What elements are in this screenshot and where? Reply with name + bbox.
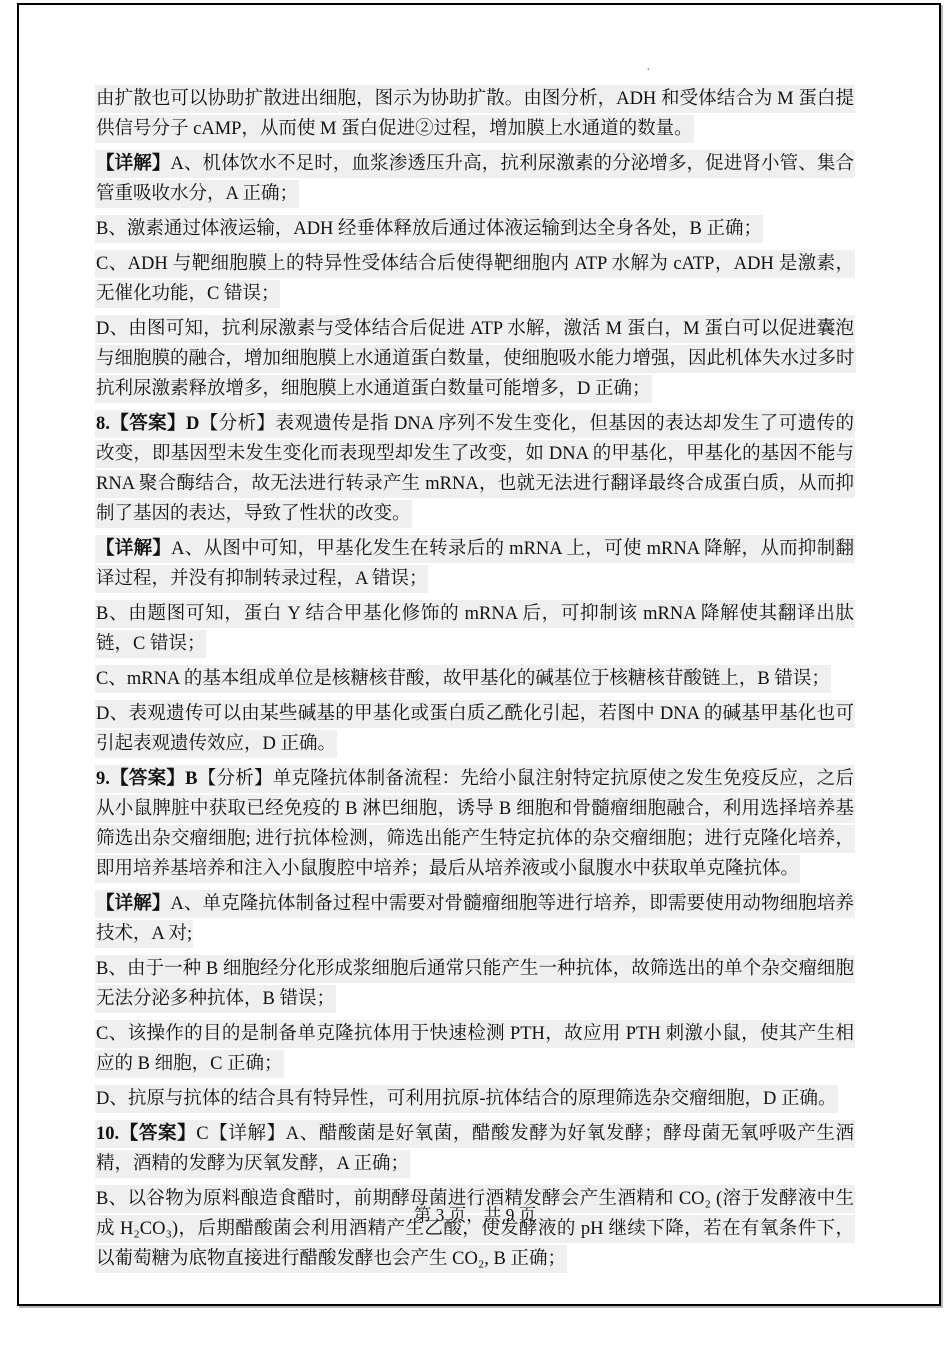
highlighted-text-run: 【详解】A、单克隆抗体制备过程中需要对骨髓瘤细胞等进行培养，即需要使用动物细胞培… xyxy=(95,890,855,948)
highlighted-text-run: 【详解】A、从图中可知，甲基化发生在转录后的 mRNA 上，可使 mRNA 降解… xyxy=(95,535,855,593)
text-run: C、mRNA 的基本组成单位是核糖核苷酸，故甲基化的碱基位于核糖核苷酸链上，B … xyxy=(96,669,830,689)
highlighted-text-run: B、由于一种 B 细胞经分化形成浆细胞后通常只能产生一种抗体，故筛选出的单个杂交… xyxy=(95,955,855,1013)
paragraph: B、由题图可知，蛋白 Y 结合甲基化修饰的 mRNA 后，可抑制该 mRNA 降… xyxy=(95,599,855,659)
text-run: D、表观遗传可以由某些碱基的甲基化或蛋白质乙酰化引起，若图中 DNA 的碱基甲基… xyxy=(96,704,854,754)
paragraph: B、由于一种 B 细胞经分化形成浆细胞后通常只能产生一种抗体，故筛选出的单个杂交… xyxy=(95,954,855,1014)
highlighted-text-run: D、抗原与抗体的结合具有特异性，可利用抗原-抗体结合的原理筛选杂交瘤细胞，D 正… xyxy=(95,1085,838,1113)
text-run: C、ADH 与靶细胞膜上的特异性受体结合后使得靶细胞内 ATP 水解为 cATP… xyxy=(96,254,854,304)
paragraph: 由扩散也可以协助扩散进出细胞，图示为协助扩散。由图分析，ADH 和受体结合为 M… xyxy=(95,84,855,144)
answer-text: 由扩散也可以协助扩散进出细胞，图示为协助扩散。由图分析，ADH 和受体结合为 M… xyxy=(95,84,855,1279)
highlighted-text-run: 8.【答案】D【分析】表观遗传是指 DNA 序列不发生变化，但基因的表达却发生了… xyxy=(95,410,855,528)
highlighted-text-run: B、激素通过体液运输，ADH 经垂体释放后通过体液运输到达全身各处，B 正确； xyxy=(95,215,763,243)
text-run: 【分析】单克隆抗体制备流程：先给小鼠注射特定抗原使之发生免疫反应，之后从小鼠脾脏… xyxy=(96,769,854,879)
text-run: B、由于一种 B 细胞经分化形成浆细胞后通常只能产生一种抗体，故筛选出的单个杂交… xyxy=(96,959,854,1009)
bold-text-run: 【详解】 xyxy=(96,894,170,914)
highlighted-text-run: 【详解】A、机体饮水不足时，血浆渗透压升高，抗利尿激素的分泌增多，促进肾小管、集… xyxy=(95,150,855,208)
highlighted-text-run: D、由图可知，抗利尿激素与受体结合后促进 ATP 水解，激活 M 蛋白，M 蛋白… xyxy=(95,315,856,403)
paragraph: 【详解】A、单克隆抗体制备过程中需要对骨髓瘤细胞等进行培养，即需要使用动物细胞培… xyxy=(95,889,855,949)
highlighted-text-run: B、以谷物为原料酿造食醋时，前期酵母菌进行酒精发酵会产生酒精和 CO₂ (溶于发… xyxy=(95,1185,855,1273)
text-run: 由扩散也可以协助扩散进出细胞，图示为协助扩散。由图分析，ADH 和受体结合为 M… xyxy=(96,89,854,139)
text-run: D、抗原与抗体的结合具有特异性，可利用抗原-抗体结合的原理筛选杂交瘤细胞，D 正… xyxy=(96,1089,837,1109)
stray-dot-mark: · xyxy=(646,64,651,78)
bold-text-run: 10.【答案】 xyxy=(96,1124,196,1144)
paragraph: D、表观遗传可以由某些碱基的甲基化或蛋白质乙酰化引起，若图中 DNA 的碱基甲基… xyxy=(95,699,855,759)
text-run: A、从图中可知，甲基化发生在转录后的 mRNA 上，可使 mRNA 降解，从而抑… xyxy=(96,539,854,589)
text-run: 【分析】表观遗传是指 DNA 序列不发生变化，但基因的表达却发生了可遗传的改变，… xyxy=(96,414,854,524)
paragraph: D、由图可知，抗利尿激素与受体结合后促进 ATP 水解，激活 M 蛋白，M 蛋白… xyxy=(95,314,855,404)
highlighted-text-run: 由扩散也可以协助扩散进出细胞，图示为协助扩散。由图分析，ADH 和受体结合为 M… xyxy=(95,85,855,143)
text-run: A、机体饮水不足时，血浆渗透压升高，抗利尿激素的分泌增多，促进肾小管、集合管重吸… xyxy=(96,154,854,204)
paragraph: B、激素通过体液运输，ADH 经垂体释放后通过体液运输到达全身各处，B 正确； xyxy=(95,214,855,244)
paragraph: C、ADH 与靶细胞膜上的特异性受体结合后使得靶细胞内 ATP 水解为 cATP… xyxy=(95,249,855,309)
text-run: B、由题图可知，蛋白 Y 结合甲基化修饰的 mRNA 后，可抑制该 mRNA 降… xyxy=(96,604,854,654)
highlighted-text-run: 9.【答案】B【分析】单克隆抗体制备流程：先给小鼠注射特定抗原使之发生免疫反应，… xyxy=(95,765,855,883)
highlighted-text-run: 10.【答案】C【详解】A、醋酸菌是好氧菌，醋酸发酵为好氧发酵；酵母菌无氧呼吸产… xyxy=(95,1120,855,1178)
text-run: D、由图可知，抗利尿激素与受体结合后促进 ATP 水解，激活 M 蛋白，M 蛋白… xyxy=(96,319,855,399)
paragraph: 8.【答案】D【分析】表观遗传是指 DNA 序列不发生变化，但基因的表达却发生了… xyxy=(95,409,855,529)
paragraph: C、该操作的目的是制备单克隆抗体用于快速检测 PTH，故应用 PTH 刺激小鼠，… xyxy=(95,1019,855,1079)
text-run: B、以谷物为原料酿造食醋时，前期酵母菌进行酒精发酵会产生酒精和 CO₂ (溶于发… xyxy=(96,1189,854,1269)
highlighted-text-run: C、该操作的目的是制备单克隆抗体用于快速检测 PTH，故应用 PTH 刺激小鼠，… xyxy=(95,1020,855,1078)
paragraph: 10.【答案】C【详解】A、醋酸菌是好氧菌，醋酸发酵为好氧发酵；酵母菌无氧呼吸产… xyxy=(95,1119,855,1179)
page-number-footer: 第 3 页，共 9 页 xyxy=(95,1202,855,1227)
paragraph: D、抗原与抗体的结合具有特异性，可利用抗原-抗体结合的原理筛选杂交瘤细胞，D 正… xyxy=(95,1084,855,1114)
highlighted-text-run: C、ADH 与靶细胞膜上的特异性受体结合后使得靶细胞内 ATP 水解为 cATP… xyxy=(95,250,855,308)
text-run: B、激素通过体液运输，ADH 经垂体释放后通过体液运输到达全身各处，B 正确； xyxy=(96,219,762,239)
bold-text-run: 【详解】 xyxy=(96,539,171,559)
bold-text-run: 【详解】 xyxy=(96,154,170,174)
text-run: C【详解】A、醋酸菌是好氧菌，醋酸发酵为好氧发酵；酵母菌无氧呼吸产生酒精，酒精的… xyxy=(96,1124,854,1174)
paragraph: C、mRNA 的基本组成单位是核糖核苷酸，故甲基化的碱基位于核糖核苷酸链上，B … xyxy=(95,664,855,694)
paragraph: 【详解】A、机体饮水不足时，血浆渗透压升高，抗利尿激素的分泌增多，促进肾小管、集… xyxy=(95,149,855,209)
bold-text-run: 8.【答案】D xyxy=(96,414,199,434)
highlighted-text-run: B、由题图可知，蛋白 Y 结合甲基化修饰的 mRNA 后，可抑制该 mRNA 降… xyxy=(95,600,855,658)
highlighted-text-run: D、表观遗传可以由某些碱基的甲基化或蛋白质乙酰化引起，若图中 DNA 的碱基甲基… xyxy=(95,700,855,758)
paragraph: B、以谷物为原料酿造食醋时，前期酵母菌进行酒精发酵会产生酒精和 CO₂ (溶于发… xyxy=(95,1184,855,1274)
paragraph: 9.【答案】B【分析】单克隆抗体制备流程：先给小鼠注射特定抗原使之发生免疫反应，… xyxy=(95,764,855,884)
paragraph: 【详解】A、从图中可知，甲基化发生在转录后的 mRNA 上，可使 mRNA 降解… xyxy=(95,534,855,594)
highlighted-text-run: C、mRNA 的基本组成单位是核糖核苷酸，故甲基化的碱基位于核糖核苷酸链上，B … xyxy=(95,665,831,693)
text-run: A、单克隆抗体制备过程中需要对骨髓瘤细胞等进行培养，即需要使用动物细胞培养技术，… xyxy=(96,894,854,944)
text-run: C、该操作的目的是制备单克隆抗体用于快速检测 PTH，故应用 PTH 刺激小鼠，… xyxy=(96,1024,854,1074)
bold-text-run: 9.【答案】B xyxy=(96,769,198,789)
